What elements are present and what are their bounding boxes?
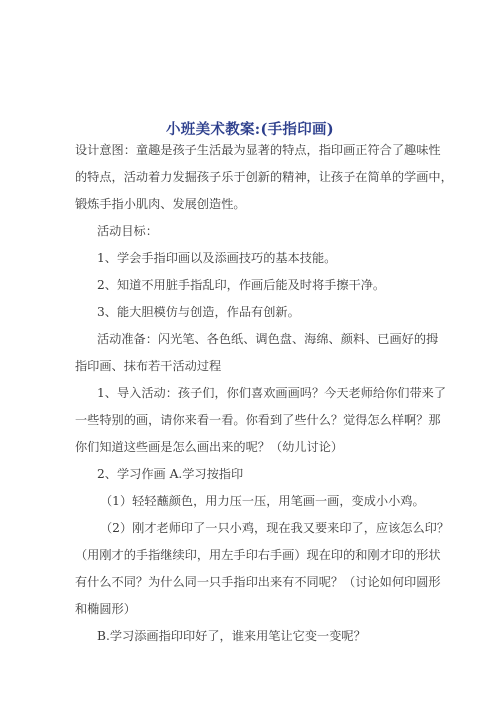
list-item: （1）轻轻蘸颜色，用力压一压，用笔画一画，变成小小鸡。 — [100, 492, 425, 509]
paragraph-line: （用刚才的手指继续印，用左手印右手画）现在印的和刚才印的形状 — [75, 546, 441, 563]
paragraph-line: 有什么不同？为什么同一只手指印出来有不同呢？（讨论如何印圆形 — [75, 573, 441, 590]
paragraph-line: 锻炼手指小肌肉、发展创造性。 — [75, 195, 246, 212]
list-item: 1、学会手指印画以及添画技巧的基本技能。 — [97, 249, 336, 266]
section-heading: B.学习添画指印印好了，谁来用笔让它变一变呢？ — [97, 627, 366, 644]
paragraph-line: 一些特别的画，请你来看一看。你看到了些什么？觉得怎么样啊？那 — [75, 411, 441, 428]
section-heading: 活动目标： — [97, 222, 158, 239]
paragraph-line: 和椭圆形） — [75, 600, 136, 617]
list-item: 3、能大胆模仿与创造，作品有创新。 — [97, 303, 300, 320]
paragraph-line: 指印画、抹布若干活动过程 — [75, 357, 221, 374]
paragraph-line: 你们知道这些画是怎么画出来的呢？（幼儿讨论） — [75, 438, 343, 455]
list-item: 2、知道不用脏手指乱印，作画后能及时将手擦干净。 — [97, 276, 385, 293]
paragraph-line: 的特点，活动着力发掘孩子乐于创新的精神，让孩子在简单的学画中， — [75, 168, 453, 185]
document-title: 小班美术教案:(手指印画) — [0, 118, 500, 139]
paragraph-line: 设计意图：童趣是孩子生活最为显著的特点，指印画正符合了趣味性 — [75, 141, 441, 158]
paragraph-line: 1、导入活动：孩子们，你们喜欢画画吗？今天老师给你们带来了 — [97, 384, 446, 401]
section-heading: 2、学习作画 A.学习按指印 — [97, 465, 243, 482]
list-item: （2）刚才老师印了一只小鸡，现在我又要来印了，应该怎么印？ — [100, 519, 449, 536]
paragraph-line: 活动准备：闪光笔、各色纸、调色盘、海绵、颜料、已画好的拇 — [97, 330, 438, 347]
document-page: 小班美术教案:(手指印画) 设计意图：童趣是孩子生活最为显著的特点，指印画正符合… — [0, 0, 500, 708]
